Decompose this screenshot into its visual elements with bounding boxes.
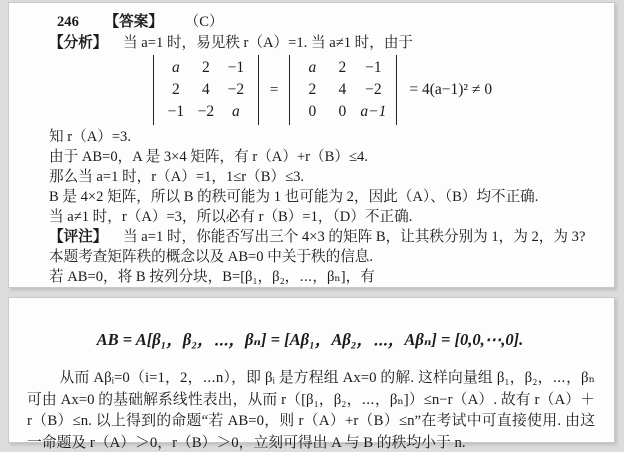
remark-line: 本题考查矩阵秩的概念以及 AB=0 中关于秩的信息. <box>49 247 596 267</box>
note-card: AB = A[β₁，β₂，⋯，βₙ] = [Aβ₁，Aβ₂，⋯，Aβₙ] = [… <box>8 297 615 443</box>
matrix-cell: −1 <box>357 57 389 79</box>
matrix-cell: 4 <box>191 79 221 101</box>
remark-line: 【评注】 当 a=1 时，你能否写出三个 4×3 的矩阵 B，让其秩分别为 1，… <box>49 227 596 247</box>
matrix-cell: 4 <box>327 79 357 101</box>
matrix-cell: −2 <box>357 79 389 101</box>
solution-line: 知 r（A）=3. <box>49 127 596 147</box>
matrix-cell: a <box>161 57 191 79</box>
matrix-cell: a−1 <box>357 101 389 123</box>
matrix-cell: −1 <box>161 101 191 123</box>
matrix-cell: −2 <box>191 101 221 123</box>
analysis-line: 【分析】 当 a=1 时，易见秩 r（A）=1. 当 a≠1 时，由于 <box>49 33 596 54</box>
block-matrix-formula: AB = A[β₁，β₂，⋯，βₙ] = [Aβ₁，Aβ₂，⋯，Aβₙ] = [… <box>20 329 600 351</box>
analysis-intro-text: 当 a=1 时，易见秩 r（A）=1. 当 a≠1 时，由于 <box>123 35 413 51</box>
matrix-cell: a <box>221 101 251 123</box>
solution-line: 当 a≠1 时，r（A）=3，所以必有 r（B）=1，（D）不正确. <box>49 207 596 227</box>
matrix-cell: 2 <box>191 57 221 79</box>
matrix-cell: a <box>297 57 327 79</box>
analysis-label: 【分析】 <box>49 35 107 51</box>
note-paragraph: 从而 Aβᵢ=0（i=1，2，⋯n），即 βᵢ 是方程组 Ax=0 的解. 这样… <box>20 368 600 452</box>
determinant-left: a 2 −1 2 4 −2 −1 −2 a <box>153 55 259 125</box>
solution-line: 由于 AB=0，A 是 3×4 矩阵，有 r（A）+r（B）≤4. <box>49 147 596 167</box>
remark-label: 【评注】 <box>49 229 107 245</box>
answer-line: 246 【答案】 （C） <box>49 12 596 33</box>
matrix-cell: 2 <box>161 79 191 101</box>
matrix-cell: 0 <box>297 101 327 123</box>
solution-card: 246 【答案】 （C） 【分析】 当 a=1 时，易见秩 r（A）=1. 当 … <box>8 2 615 288</box>
problem-number: 246 <box>57 14 79 30</box>
remark-intro-text: 当 a=1 时，你能否写出三个 4×3 的矩阵 B，让其秩分别为 1，为 2，为… <box>123 229 585 245</box>
matrix-cell: 2 <box>327 57 357 79</box>
equals-sign: = <box>269 82 279 99</box>
determinant-right: a 2 −1 2 4 −2 0 0 a−1 <box>289 55 397 125</box>
matrix-cell: 2 <box>297 79 327 101</box>
matrix-cell: 0 <box>327 101 357 123</box>
solution-line: B 是 4×2 矩阵，所以 B 的秩可能为 1 也可能为 2，因此（A）、（B）… <box>49 187 596 207</box>
matrix-cell: −2 <box>221 79 251 101</box>
answer-value: （C） <box>185 14 224 30</box>
solution-line: 那么当 a=1 时，r（A）=1，1≤r（B）≤3. <box>49 167 596 187</box>
answer-label: 【答案】 <box>105 14 163 30</box>
remark-line: 若 AB=0，将 B 按列分块，B=[β₁，β₂，⋯，βₙ]，有 <box>49 267 596 287</box>
determinant-equation: a 2 −1 2 4 −2 −1 −2 a = a 2 −1 2 4 −2 0 … <box>49 55 596 125</box>
matrix-cell: −1 <box>221 57 251 79</box>
determinant-result: = 4(a−1)² ≠ 0 <box>407 81 492 99</box>
